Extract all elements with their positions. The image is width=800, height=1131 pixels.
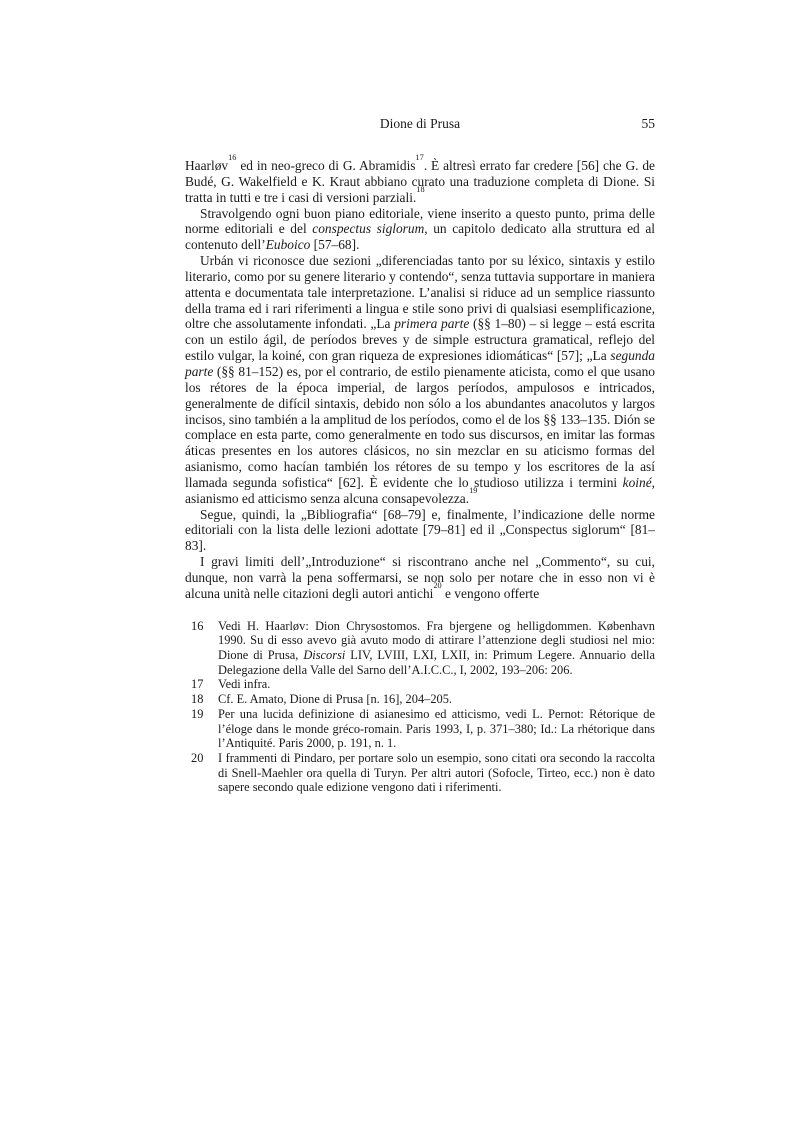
text-run: I frammenti di Pindaro, per portare solo… <box>218 751 655 794</box>
italic-text: koiné <box>623 475 652 490</box>
footnote-ref: 19 <box>469 486 477 495</box>
page-number: 55 <box>642 117 656 131</box>
footnote-ref: 20 <box>433 581 441 590</box>
text-run: Segue, quindi, la „Bibliografia“ [68–79]… <box>185 507 655 554</box>
footnote-ref: 16 <box>228 153 236 162</box>
italic-text: Euboico <box>266 237 311 252</box>
text-run: Per una lucida definizione di asianesimo… <box>218 707 655 750</box>
footnote-text: Per una lucida definizione di asianesimo… <box>218 707 655 750</box>
footnotes: 16Vedi H. Haarløv: Dion Chrysostomos. Fr… <box>185 619 655 795</box>
footnote: 18Cf. E. Amato, Dione di Prusa [n. 16], … <box>185 692 655 707</box>
paragraph: Stravolgendo ogni buon piano editoriale,… <box>185 206 655 254</box>
footnote: 20I frammenti di Pindaro, per portare so… <box>185 751 655 795</box>
footnote-number: 16 <box>191 619 203 634</box>
footnote-number: 20 <box>191 751 203 766</box>
paragraph: Haarløv16 ed in neo-greco di G. Abramidi… <box>185 158 655 206</box>
footnote-number: 19 <box>191 707 203 722</box>
footnote-text: I frammenti di Pindaro, per portare solo… <box>218 751 655 794</box>
italic-text: conspectus siglorum <box>312 221 424 236</box>
text-run: ed in neo-greco di G. Abramidis <box>236 158 415 173</box>
footnote-number: 18 <box>191 692 203 707</box>
page-header: Dione di Prusa 55 <box>185 117 655 131</box>
footnote-text: Vedi H. Haarløv: Dion Chrysostomos. Fra … <box>218 619 655 677</box>
footnote-ref: 17 <box>416 153 424 162</box>
text-run: Haarløv <box>185 158 228 173</box>
text-run: I gravi limiti dell’„Introduzione“ si ri… <box>185 554 655 601</box>
italic-text: primera parte <box>394 316 469 331</box>
text-run: (§§ 81–152) es, por el contrario, de est… <box>185 364 655 490</box>
footnote: 17Vedi infra. <box>185 677 655 692</box>
footnote-ref: 18 <box>416 185 424 194</box>
paragraph: I gravi limiti dell’„Introduzione“ si ri… <box>185 554 655 602</box>
document-page: Dione di Prusa 55 Haarløv16 ed in neo-gr… <box>0 0 800 1131</box>
paragraph: Urbán vi riconosce due sezioni „diferenc… <box>185 253 655 507</box>
footnote: 19Per una lucida definizione di asianesi… <box>185 707 655 751</box>
text-block: Dione di Prusa 55 Haarløv16 ed in neo-gr… <box>185 117 655 795</box>
footnote-text: Vedi infra. <box>218 677 270 691</box>
paragraph: Segue, quindi, la „Bibliografia“ [68–79]… <box>185 507 655 555</box>
running-title: Dione di Prusa <box>380 116 460 131</box>
text-run: Vedi infra. <box>218 677 270 691</box>
text-run: Cf. E. Amato, Dione di Prusa [n. 16], 20… <box>218 692 452 706</box>
italic-text: Discorsi <box>303 648 345 662</box>
text-run: [57–68]. <box>310 237 359 252</box>
main-text: Haarløv16 ed in neo-greco di G. Abramidi… <box>185 158 655 602</box>
footnote: 16Vedi H. Haarløv: Dion Chrysostomos. Fr… <box>185 619 655 678</box>
footnote-text: Cf. E. Amato, Dione di Prusa [n. 16], 20… <box>218 692 452 706</box>
text-run: e vengono offerte <box>442 586 540 601</box>
footnote-number: 17 <box>191 677 203 692</box>
